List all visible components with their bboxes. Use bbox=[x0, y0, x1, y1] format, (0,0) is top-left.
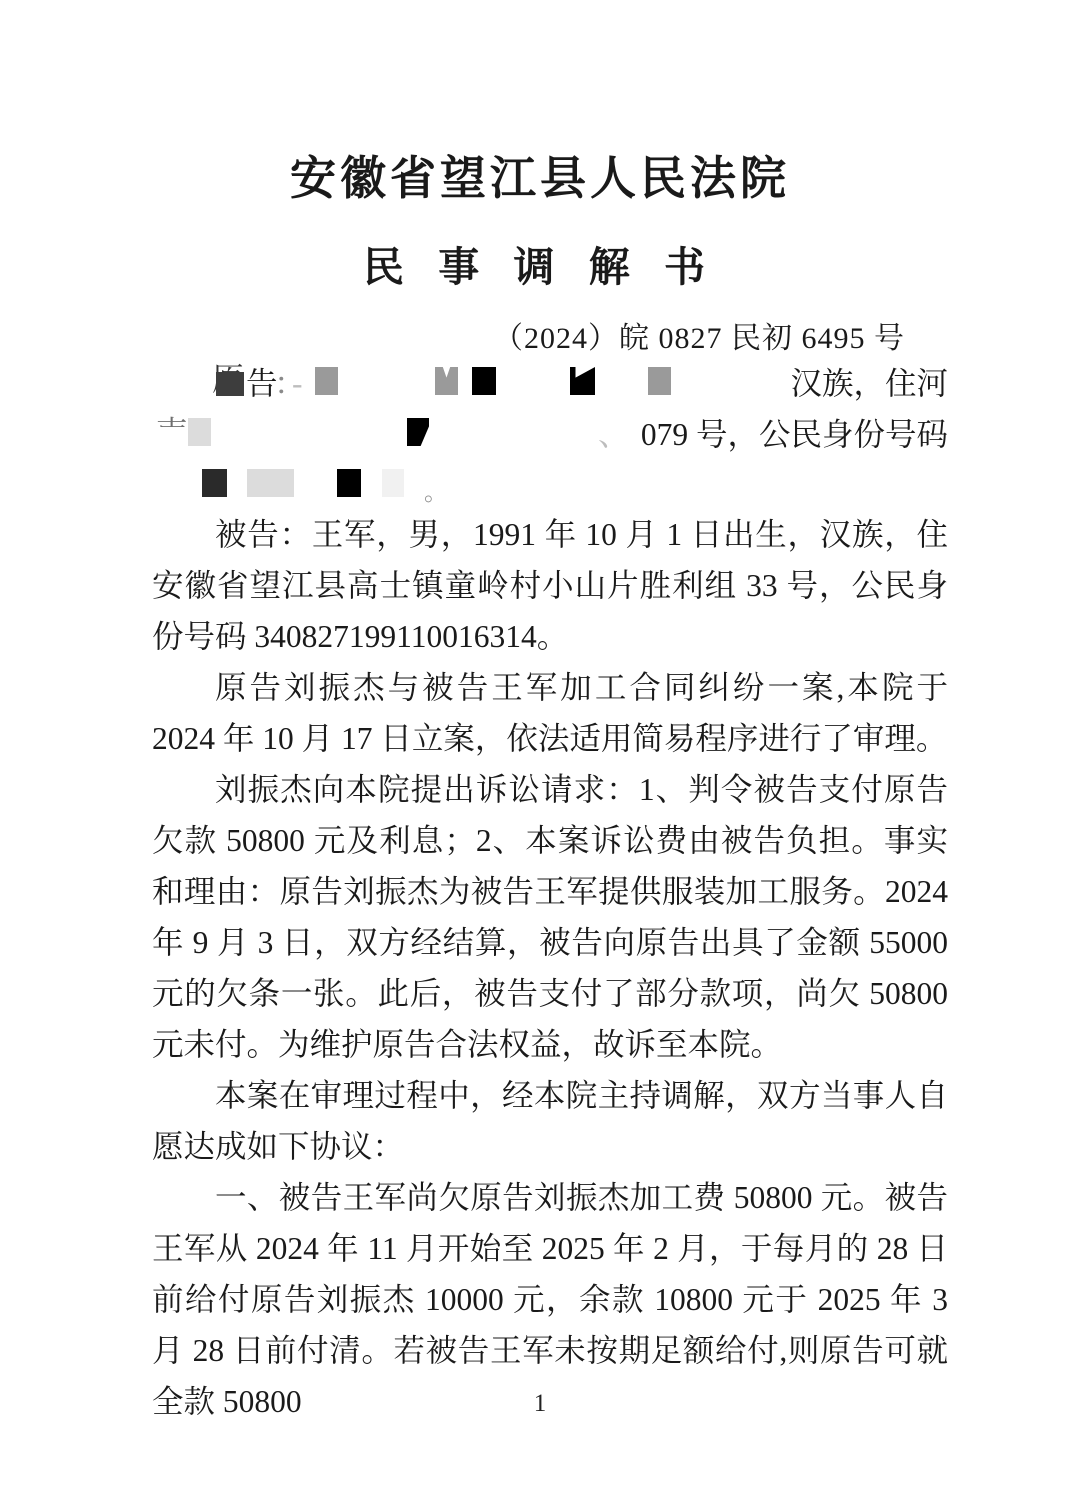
page-footer: 1 bbox=[0, 1390, 1080, 1418]
case-number: （2024）皖 0827 民初 6495 号 bbox=[0, 313, 905, 357]
dash-mark: - bbox=[292, 358, 303, 409]
redaction-box bbox=[337, 469, 361, 497]
redaction-box bbox=[202, 469, 227, 497]
redaction-box bbox=[570, 367, 595, 395]
plaintiff-info-fragment: 079 号，公民身份号码 bbox=[641, 409, 948, 460]
redaction-box bbox=[315, 367, 338, 395]
page-number: 1 bbox=[534, 1390, 547, 1417]
redaction-box bbox=[188, 418, 211, 446]
agreement-item-1-paragraph: 一、被告王军尚欠原告刘振杰加工费 50800 元。被告王军从 2024 年 11… bbox=[152, 1172, 948, 1427]
sentence-end-mark: 。 bbox=[424, 468, 448, 519]
redaction-box bbox=[382, 469, 404, 497]
redaction-box bbox=[247, 469, 294, 497]
lead-mark: 、 bbox=[598, 409, 630, 460]
redacted-line-2: 南 、 079 号，公民身份号码 bbox=[152, 407, 948, 458]
document-header: 安徽省望江县人民法院 民 事 调 解 书 （2024）皖 0827 民初 649… bbox=[0, 0, 1080, 357]
redaction-box bbox=[435, 367, 458, 395]
partial-character: 南 bbox=[156, 407, 192, 427]
redacted-line-1: 原 告 ： - 汉族，住河 bbox=[152, 356, 948, 407]
mediation-paragraph: 本案在审理过程中，经本院主持调解，双方当事人自愿达成如下协议： bbox=[152, 1070, 948, 1172]
plaintiff-paragraph: 原 告 ： - 汉族，住河 南 、 079 号，公民身份号码 bbox=[152, 356, 948, 509]
defendant-paragraph: 被告：王军，男，1991 年 10 月 1 日出生，汉族，住安徽省望江县高士镇童… bbox=[152, 509, 948, 662]
plaintiff-info-fragment: 汉族，住河 bbox=[790, 358, 948, 409]
redaction-box bbox=[472, 367, 496, 395]
plaintiff-label-fragment: 告 bbox=[246, 358, 278, 409]
redaction-box bbox=[648, 367, 671, 395]
claims-paragraph: 刘振杰向本院提出诉讼请求：1、判令被告支付原告欠款 50800 元及利息；2、本… bbox=[152, 764, 948, 1070]
document-title: 民 事 调 解 书 bbox=[0, 234, 1080, 293]
redaction-box bbox=[216, 372, 244, 396]
document-body: 原 告 ： - 汉族，住河 南 、 079 号，公民身份号码 bbox=[152, 356, 948, 1427]
case-filing-paragraph: 原告刘振杰与被告王军加工合同纠纷一案,本院于 2024 年 10 月 17 日立… bbox=[152, 662, 948, 764]
redaction-box bbox=[407, 418, 429, 446]
document-page: 安徽省望江县人民法院 民 事 调 解 书 （2024）皖 0827 民初 649… bbox=[0, 0, 1080, 1511]
redacted-line-3: 。 bbox=[152, 458, 948, 509]
court-name: 安徽省望江县人民法院 bbox=[0, 142, 1080, 208]
